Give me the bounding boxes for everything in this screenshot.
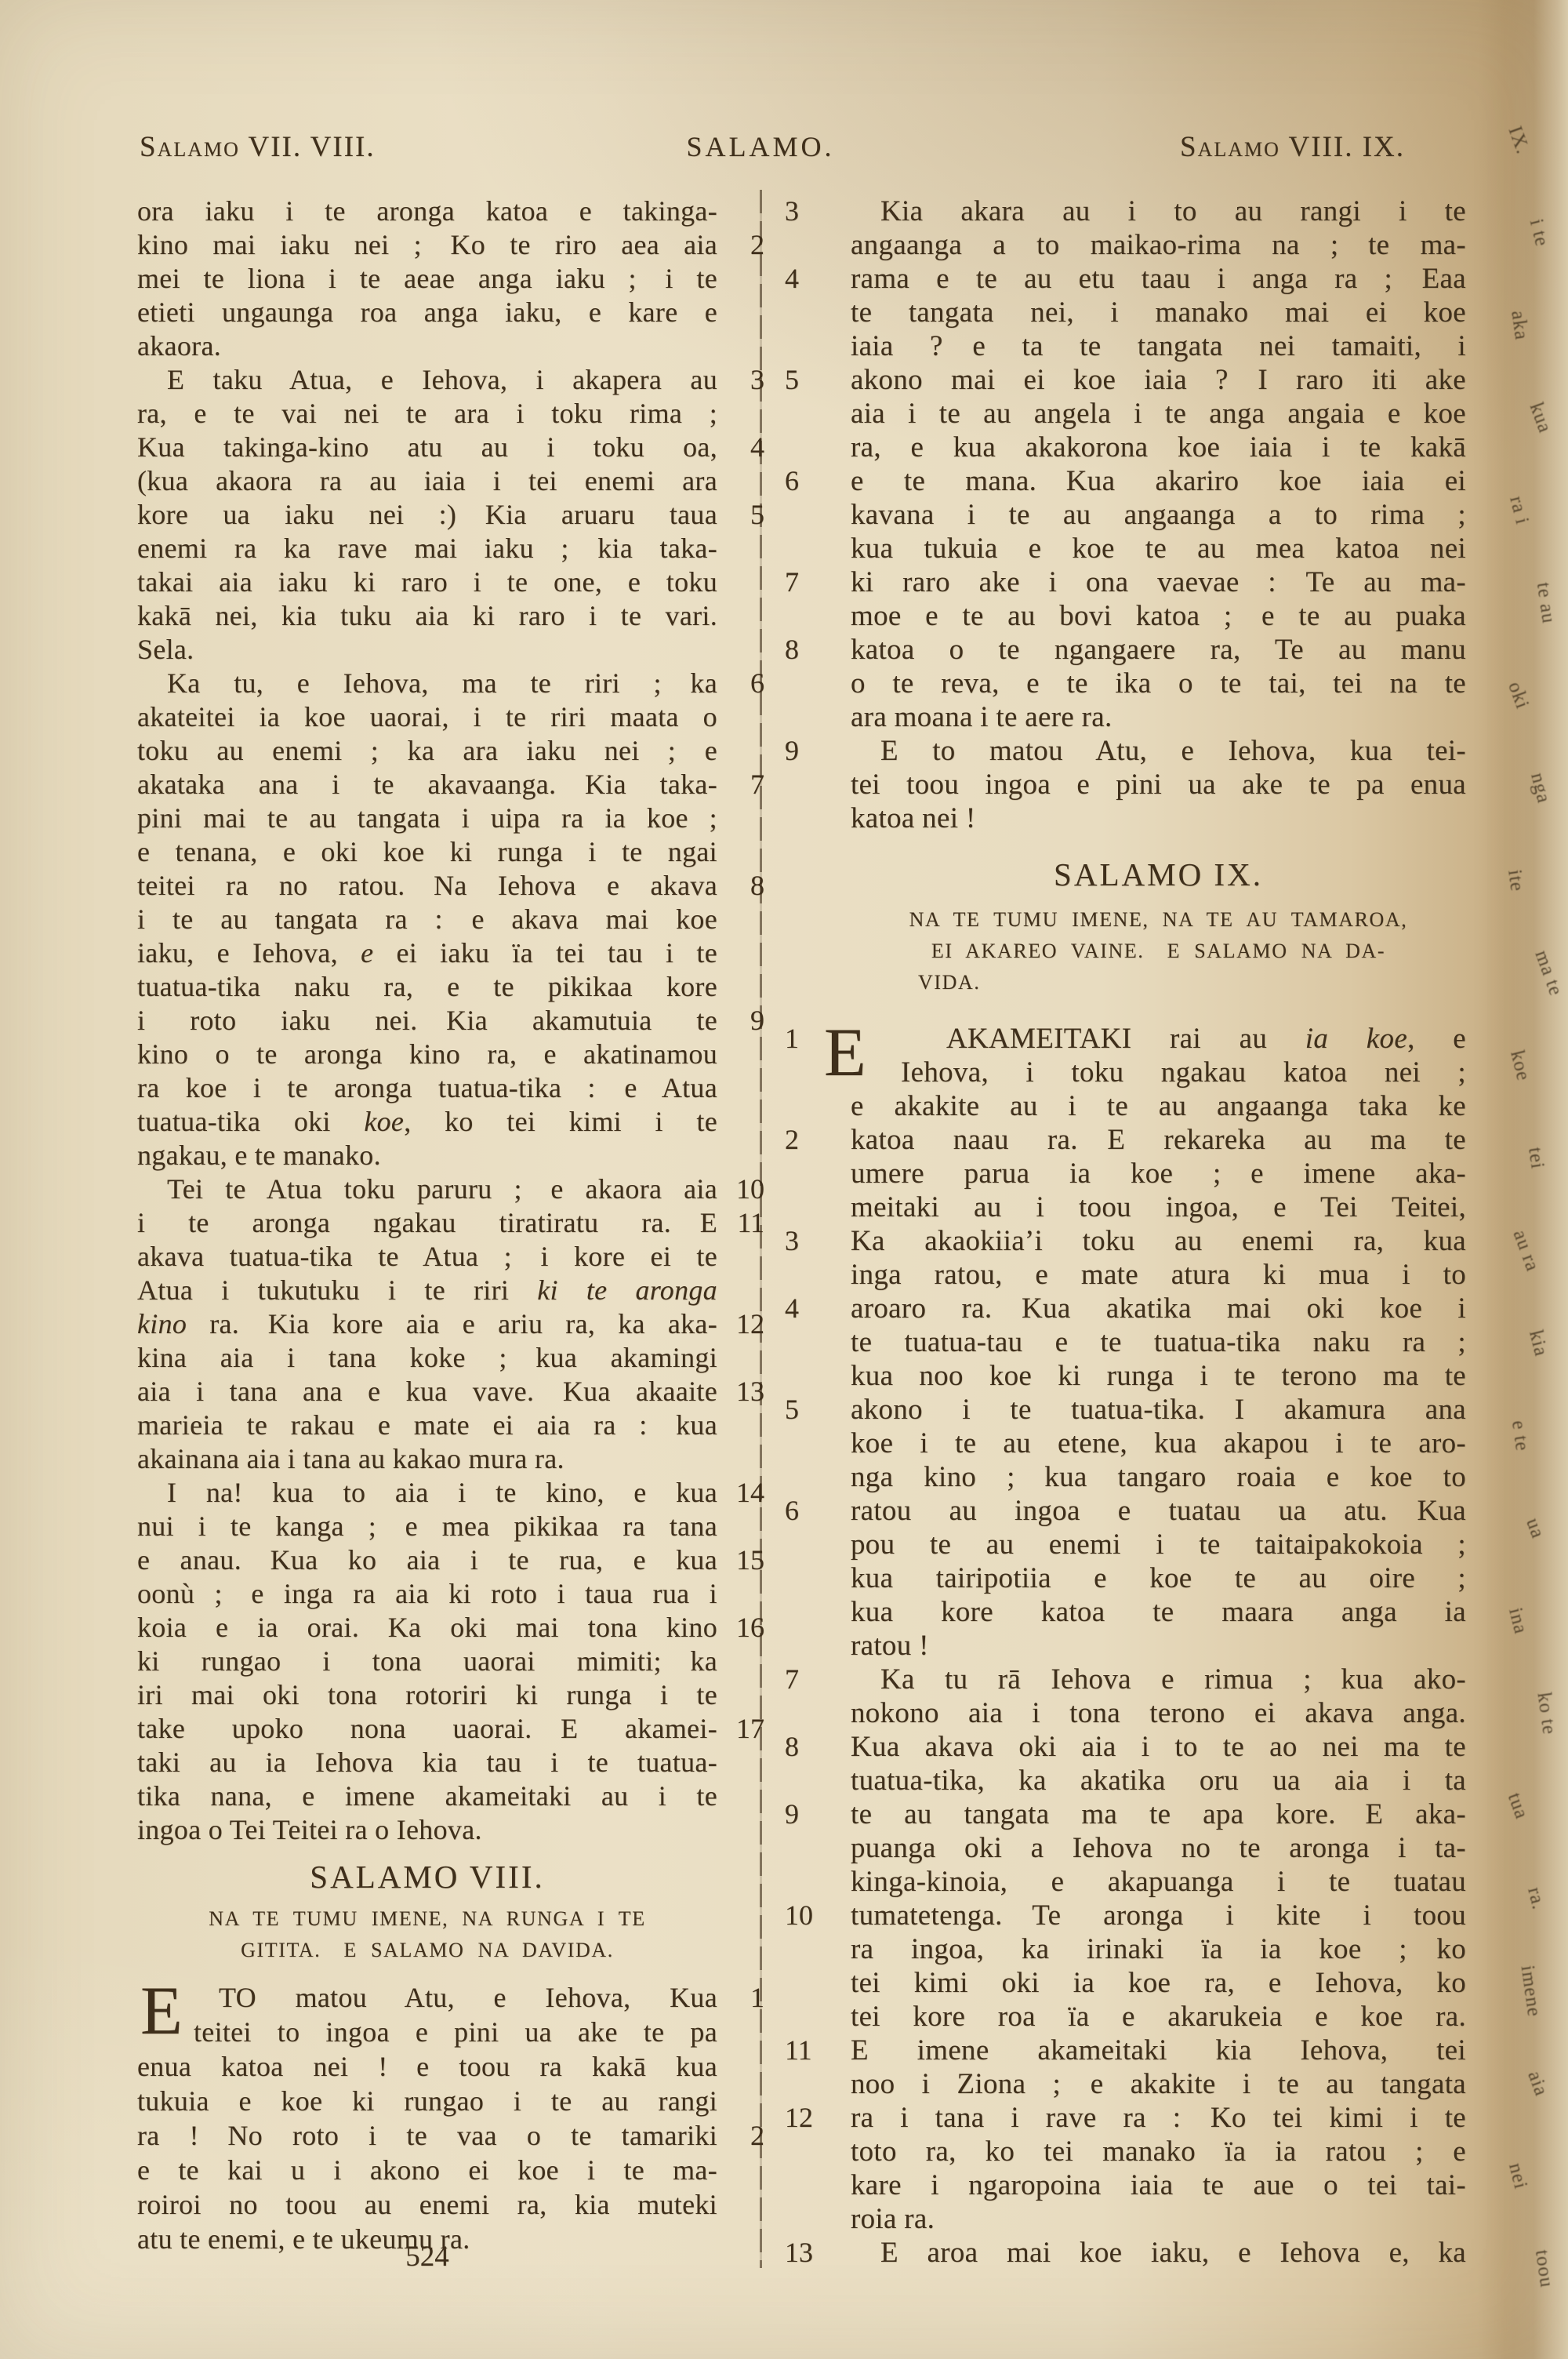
text-line: kore ua iaku nei :) Kia aruaru taua5 bbox=[137, 498, 717, 532]
text-line: I na! kua to aia i te kino, e kua14 bbox=[137, 1476, 717, 1510]
page-edge-text: aka bbox=[1506, 309, 1532, 341]
page-edge-text: tua bbox=[1503, 1790, 1533, 1822]
text-line: kina aia i tana koke ; kua akamingi bbox=[137, 1341, 717, 1375]
text-line: puanga oki a Iehova no te aronga i ta- bbox=[851, 1831, 1466, 1865]
text-line: katoa naau ra. E rekareka au ma te2 bbox=[851, 1123, 1466, 1157]
verse-number: 2 bbox=[750, 228, 764, 262]
verse-number: 8 bbox=[785, 633, 837, 667]
text-line: akono mai ei koe iaia ? I raro iti ake5 bbox=[851, 363, 1466, 397]
text-line: taki au ia Iehova kia tau i te tuatua- bbox=[137, 1746, 717, 1779]
text-line: E taku Atua, e Iehova, i akapera au3 bbox=[137, 363, 717, 397]
text-line: moe e te au bovi katoa ; e te au puaka bbox=[851, 599, 1466, 633]
text-line: aroaro ra. Kua akatika mai oki koe i4 bbox=[851, 1292, 1466, 1325]
verse-number: 14 bbox=[736, 1476, 764, 1510]
text-line: NA TE TUMU IMENE, NA RUNGA I TE bbox=[137, 1903, 717, 1935]
text-line: iaia ? e ta te tangata nei tamaiti, i bbox=[851, 329, 1466, 363]
text-line: meitaki au i toou ingoa, e Tei Teitei, bbox=[851, 1190, 1466, 1224]
book-page-photo: Salamo VII. VIII. SALAMO. Salamo VIII. I… bbox=[0, 0, 1568, 2359]
text-line: kua noo koe ki runga i te terono ma te bbox=[851, 1359, 1466, 1393]
verse-number: 5 bbox=[785, 1393, 837, 1427]
verse-number: 7 bbox=[785, 565, 837, 599]
page-edge-text: ko te bbox=[1533, 1691, 1560, 1736]
text-line: i te aronga ngakau tiratiratu ra. E11 bbox=[137, 1206, 717, 1240]
verse-number: 10 bbox=[785, 1899, 837, 1932]
text-line: ra, e te vai nei te ara i toku rima ; bbox=[137, 397, 717, 431]
text-line: katoa o te ngangaere ra, Te au manu8 bbox=[851, 633, 1466, 667]
text-line: kinga-kinoia, e akapuanga i te tuatau bbox=[851, 1865, 1466, 1899]
text-line: katoa nei ! bbox=[851, 801, 1466, 835]
text-line: ratou ! bbox=[851, 1629, 1466, 1663]
verse-number: 9 bbox=[750, 1004, 764, 1038]
page-edge-text: kia bbox=[1524, 1328, 1552, 1358]
text-line: ki raro ake i ona vaevae : Te au ma-7 bbox=[851, 565, 1466, 599]
psalm-7-text: ora iaku i te aronga katoa e takinga-kin… bbox=[137, 194, 717, 1847]
text-line: kavana i te au angaanga a to rima ; bbox=[851, 498, 1466, 532]
verse-number: 11 bbox=[737, 1206, 764, 1240]
text-line: i te au tangata ra : e akava mai koe bbox=[137, 903, 717, 936]
page-edge-text: nga bbox=[1526, 771, 1555, 806]
text-line: (kua akaora ra au iaia i tei enemi ara bbox=[137, 464, 717, 498]
text-line: nga kino ; kua tangaro roaia e koe to bbox=[851, 1460, 1466, 1494]
text-line: etieti ungaunga roa anga iaku, e kare e bbox=[137, 296, 717, 329]
text-line: ara moana i te aere ra. bbox=[851, 700, 1466, 734]
verse-number: 10 bbox=[736, 1172, 764, 1206]
text-line: AKAMEITAKI rai au ia koe, eE1 bbox=[851, 1022, 1466, 1056]
verse-number: 7 bbox=[785, 1663, 837, 1696]
text-line: inga ratou, e mate atura ki mua i to bbox=[851, 1258, 1466, 1292]
page-edge-text: au ra bbox=[1508, 1227, 1544, 1275]
text-line: i roto iaku nei. Kia akamutuia te9 bbox=[137, 1004, 717, 1038]
verse-number: 7 bbox=[750, 768, 764, 801]
text-line: akono i te tuatua-tika. I akamura ana5 bbox=[851, 1393, 1466, 1427]
text-line: toto ra, ko tei manako ïa ia ratou ; e bbox=[851, 2135, 1466, 2168]
text-line: tuatua-tika oki koe, ko tei kimi i te bbox=[137, 1105, 717, 1139]
text-line: nui i te kanga ; e mea pikikaa ra tana bbox=[137, 1510, 717, 1543]
text-line: TO matou Atu, e Iehova, KuaE1 bbox=[137, 1980, 717, 2015]
page-edge-text: te au bbox=[1532, 581, 1559, 625]
text-line: ra, e kua akakorona koe iaia i te kakā bbox=[851, 431, 1466, 464]
text-line: marieia te rakau e mate ei aia ra : kua bbox=[137, 1408, 717, 1442]
verse-number: 1 bbox=[750, 1980, 764, 2015]
text-line: te tangata nei, i manako mai ei koe bbox=[851, 296, 1466, 329]
verse-number: 4 bbox=[785, 1292, 837, 1325]
text-line: GITITA. E SALAMO NA DAVIDA. bbox=[137, 1935, 717, 1966]
verse-number: 13 bbox=[736, 1375, 764, 1408]
text-line: nokono aia i tona terono ei akava anga. bbox=[851, 1696, 1466, 1730]
page-edge-text: tei bbox=[1523, 1146, 1548, 1171]
verse-number: 11 bbox=[785, 2034, 837, 2067]
text-line: enemi ra ka rave mai iaku ; kia taka- bbox=[137, 532, 717, 565]
verse-number: 12 bbox=[736, 1307, 764, 1341]
text-line: Kua akava oki aia i to te ao nei ma te8 bbox=[851, 1730, 1466, 1764]
text-line: te tuatua-tau e te tuatua-tika naku ra ; bbox=[851, 1325, 1466, 1359]
text-line: e anau. Kua ko aia i te rua, e kua15 bbox=[137, 1543, 717, 1577]
text-line: Atua i tukutuku i te riri ki te aronga bbox=[137, 1274, 717, 1307]
text-line: ora iaku i te aronga katoa e takinga- bbox=[137, 194, 717, 228]
text-line: e te mana. Kua akariro koe iaia ei6 bbox=[851, 464, 1466, 498]
verse-number: 2 bbox=[750, 2118, 764, 2153]
psalm-8-heading: SALAMO VIII. bbox=[137, 1858, 717, 1896]
page-edge-text: imene bbox=[1516, 1964, 1545, 2018]
text-line: aia i tana ana e kua vave. Kua akaaite13 bbox=[137, 1375, 717, 1408]
text-line: tei kore roa ïa e akarukeia e koe ra. bbox=[851, 2000, 1466, 2034]
psalm-8-text: TO matou Atu, e Iehova, KuaE1teitei to i… bbox=[137, 1980, 717, 2256]
text-line: roiroi no toou au enemi ra, kia muteki bbox=[137, 2187, 717, 2222]
text-line: e tenana, e oki koe ki runga i te ngai bbox=[137, 835, 717, 869]
psalm-9-superscription: NA TE TUMU IMENE, NA TE AU TAMAROA,EI AK… bbox=[851, 904, 1466, 998]
text-line: pou te au enemi i te taitaipakokoia ; bbox=[851, 1528, 1466, 1561]
psalm-8-superscription: NA TE TUMU IMENE, NA RUNGA I TEGITITA. E… bbox=[137, 1903, 717, 1966]
page-edge-text: i te bbox=[1525, 217, 1553, 249]
text-line: ra ! No roto i te vaa o te tamariki2 bbox=[137, 2118, 717, 2153]
text-line: VIDA. bbox=[851, 967, 1466, 998]
verse-number: 15 bbox=[736, 1543, 764, 1577]
text-line: oonù ; e inga ra aia ki roto i taua rua … bbox=[137, 1577, 717, 1611]
text-line: tukuia e koe ki rungao i te au rangi bbox=[137, 2084, 717, 2118]
text-line: ngakau, e te manako. bbox=[137, 1139, 717, 1172]
text-line: aia i te au angela i te anga angaia e ko… bbox=[851, 397, 1466, 431]
text-line: kino mai iaku nei ; Ko te riro aea aia2 bbox=[137, 228, 717, 262]
psalm-9-text: AKAMEITAKI rai au ia koe, eE1Iehova, i t… bbox=[851, 1022, 1466, 2270]
text-line: ra i tana i rave ra : Ko tei kimi i te12 bbox=[851, 2101, 1466, 2135]
book-fore-edge: IX.i teakakuara ite auokingaitema tekoet… bbox=[1478, 0, 1568, 2359]
text-line: angaanga a to maikao-rima na ; te ma- bbox=[851, 228, 1466, 262]
verse-number: 6 bbox=[750, 667, 764, 700]
verse-number: 6 bbox=[785, 464, 837, 498]
page-edge-text: koe bbox=[1505, 1049, 1534, 1084]
text-line: kua tairipotiia e koe te au oire ; bbox=[851, 1561, 1466, 1595]
verse-number: 16 bbox=[736, 1611, 764, 1645]
verse-number: 6 bbox=[785, 1494, 837, 1528]
text-line: iri mai oki tona rotoriri ki runga i te bbox=[137, 1678, 717, 1712]
text-line: E aroa mai koe iaku, e Iehova e, ka13 bbox=[851, 2236, 1466, 2270]
page-edge-text: e te bbox=[1507, 1419, 1533, 1453]
verse-number: 3 bbox=[785, 194, 837, 228]
text-line: takai aia iaku ki raro i te one, e toku bbox=[137, 565, 717, 599]
text-line: tuatua-tika naku ra, e te pikikaa kore bbox=[137, 970, 717, 1004]
page-edge-text: ma te bbox=[1530, 947, 1567, 999]
verse-number: 5 bbox=[750, 498, 764, 532]
text-line: kino o te aronga kino ra, e akatinamou bbox=[137, 1038, 717, 1071]
verse-number: 3 bbox=[785, 1224, 837, 1258]
text-line: tei kimi oki ia koe ra, e Iehova, ko bbox=[851, 1966, 1466, 2000]
verse-number: 8 bbox=[750, 869, 764, 903]
text-line: ra koe i te aronga tuatua-tika : e Atua bbox=[137, 1071, 717, 1105]
text-line: Kia akara au i to au rangi i te3 bbox=[851, 194, 1466, 228]
verse-number: 3 bbox=[750, 363, 764, 397]
running-head-right: Salamo VIII. IX. bbox=[1180, 130, 1405, 164]
text-line: iaku, e Iehova, e ei iaku ïa tei tau i t… bbox=[137, 936, 717, 970]
text-line: take upoko nona uaorai. E akamei-17 bbox=[137, 1712, 717, 1746]
text-line: tei toou ingoa e pini ua ake te pa enua bbox=[851, 768, 1466, 801]
text-line: Ka tu, e Iehova, ma te riri ; ka6 bbox=[137, 667, 717, 700]
text-line: akaora. bbox=[137, 329, 717, 363]
text-line: tika nana, e imene akameitaki au i te bbox=[137, 1779, 717, 1813]
page-edge-text: ina bbox=[1504, 1605, 1531, 1636]
text-line: kakā nei, kia tuku aia ki raro i te vari… bbox=[137, 599, 717, 633]
verse-number: 17 bbox=[736, 1712, 764, 1746]
text-line: kua kore katoa te maara anga ia bbox=[851, 1595, 1466, 1629]
text-line: ki rungao i tona uaorai mimiti; ka bbox=[137, 1645, 717, 1678]
text-line: Ka akaokiia’i toku au enemi ra, kua3 bbox=[851, 1224, 1466, 1258]
text-line: E to matou Atu, e Iehova, kua tei-9 bbox=[851, 734, 1466, 768]
page-edge-text: toou bbox=[1530, 2248, 1557, 2289]
text-line: kino ra. Kia kore aia e ariu ra, ka aka-… bbox=[137, 1307, 717, 1341]
text-line: noo i Ziona ; e akakite i te au tangata bbox=[851, 2067, 1466, 2101]
text-line: umere parua ia koe ; e imene aka- bbox=[851, 1157, 1466, 1190]
text-line: kare i ngaropoina iaia te aue o tei tai- bbox=[851, 2168, 1466, 2202]
verse-number: 12 bbox=[785, 2101, 837, 2135]
text-line: Iehova, i toku ngakau katoa nei ; bbox=[851, 1056, 1466, 1089]
page-edge-text: ite bbox=[1503, 868, 1528, 893]
text-line: Kua takinga-kino atu au i toku oa,4 bbox=[137, 431, 717, 464]
text-line: E imene akameitaki kia Iehova, tei11 bbox=[851, 2034, 1466, 2067]
text-line: kua tukuia e koe te au mea katoa nei bbox=[851, 532, 1466, 565]
text-line: tuatua-tika, ka akatika oru ua aia i ta bbox=[851, 1764, 1466, 1797]
text-line: toku au enemi ; ka ara iaku nei ; e bbox=[137, 734, 717, 768]
page-edge-text: oki bbox=[1503, 679, 1533, 712]
text-line: akava tuatua-tika te Atua ; i kore ei te bbox=[137, 1240, 717, 1274]
text-line: enua katoa nei ! e toou ra kakā kua bbox=[137, 2049, 717, 2084]
text-line: pini mai te au tangata i uipa ra ia koe … bbox=[137, 801, 717, 835]
verse-number: 2 bbox=[785, 1123, 837, 1157]
verse-number: 5 bbox=[785, 363, 837, 397]
right-column: Kia akara au i to au rangi i te3angaanga… bbox=[851, 194, 1466, 2270]
text-line: akataka ana i te akavaanga. Kia taka-7 bbox=[137, 768, 717, 801]
text-line: Ka tu rā Iehova e rimua ; kua ako-7 bbox=[851, 1663, 1466, 1696]
text-line: akainana aia i tana au kakao mura ra. bbox=[137, 1442, 717, 1476]
page-edge-text: ua bbox=[1521, 1515, 1548, 1542]
page-edge-text: IX. bbox=[1504, 123, 1534, 157]
text-line: tumatetenga. Te aronga i kite i toou10 bbox=[851, 1899, 1466, 1932]
page-edge-text: ra. bbox=[1523, 1885, 1549, 1913]
verse-number: 4 bbox=[785, 262, 837, 296]
verse-number: 13 bbox=[785, 2236, 837, 2270]
text-line: teitei ra no ratou. Na Iehova e akava8 bbox=[137, 869, 717, 903]
verse-number: 9 bbox=[785, 1797, 837, 1831]
page-edge-text: ra i bbox=[1504, 494, 1533, 527]
text-line: NA TE TUMU IMENE, NA TE AU TAMAROA, bbox=[851, 904, 1466, 936]
page-edge-text: nei bbox=[1504, 2161, 1531, 2191]
text-line: o te reva, e te ika o te tai, tei na te bbox=[851, 667, 1466, 700]
text-line: koia e ia orai. Ka oki mai tona kino16 bbox=[137, 1611, 717, 1645]
verse-number: 1 bbox=[785, 1022, 837, 1056]
page-edge-text: aia bbox=[1523, 2068, 1552, 2099]
text-line: teitei to ingoa e pini ua ake te pa bbox=[137, 2015, 717, 2049]
text-line: te au tangata ma te apa kore. E aka-9 bbox=[851, 1797, 1466, 1831]
text-line: e akakite au i te au angaanga taka ke bbox=[851, 1089, 1466, 1123]
text-line: Tei te Atua toku paruru ; e akaora aia10 bbox=[137, 1172, 717, 1206]
page-edge-text: kua bbox=[1525, 400, 1556, 436]
text-line: ingoa o Tei Teitei ra o Iehova. bbox=[137, 1813, 717, 1847]
text-line: e te kai u i akono ei koe i te ma- bbox=[137, 2153, 717, 2187]
text-line: akateitei ia koe uaorai, i te riri maata… bbox=[137, 700, 717, 734]
verse-number: 8 bbox=[785, 1730, 837, 1764]
verse-number: 4 bbox=[750, 431, 764, 464]
left-column: ora iaku i te aronga katoa e takinga-kin… bbox=[137, 194, 717, 2256]
text-line: mei te liona i te aeae anga iaku ; i te bbox=[137, 262, 717, 296]
text-line: roia ra. bbox=[851, 2202, 1466, 2236]
psalm-8-text-continued: Kia akara au i to au rangi i te3angaanga… bbox=[851, 194, 1466, 835]
psalm-9-heading: SALAMO IX. bbox=[851, 856, 1466, 893]
text-line: ra ingoa, ka irinaki ïa ia koe ; ko bbox=[851, 1932, 1466, 1966]
text-line: Sela. bbox=[137, 633, 717, 667]
text-line: EI AKAREO VAINE. E SALAMO NA DA- bbox=[851, 936, 1466, 967]
text-line: ratou au ingoa e tuatau ua atu. Kua6 bbox=[851, 1494, 1466, 1528]
text-line: koe i te au etene, kua akapou i te aro- bbox=[851, 1427, 1466, 1460]
text-line: rama e te au etu taau i anga ra ; Eaa4 bbox=[851, 262, 1466, 296]
page-number: 524 bbox=[137, 2240, 717, 2274]
verse-number: 9 bbox=[785, 734, 837, 768]
